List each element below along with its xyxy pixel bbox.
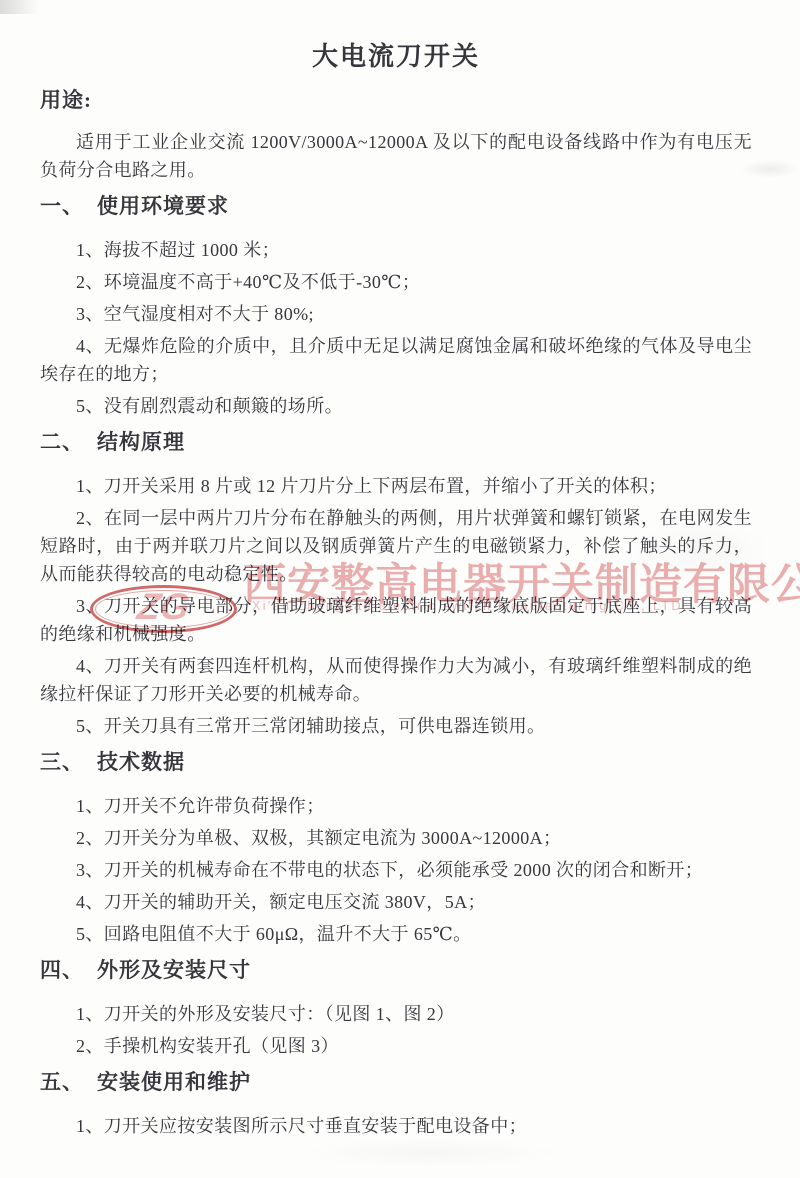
scanned-document: { "doc": { "title": "大电流刀开关", "sections"… <box>0 0 800 1178</box>
list-item: 1、刀开关的外形及安装尺寸：（见图 1、图 2） <box>40 1000 752 1028</box>
list-item: 4、刀开关的辅助开关，额定电压交流 380V，5A； <box>40 888 752 916</box>
list-item: 1、刀开关不允许带负荷操作； <box>40 792 752 820</box>
list-item: 5、开关刀具有三常开三常闭辅助接点，可供电器连锁用。 <box>40 712 752 740</box>
section-number: 五、 <box>40 1068 84 1096</box>
section-number: 一、 <box>40 192 84 220</box>
section-environment: 一、使用环境要求 1、海拔不超过 1000 米； 2、环境温度不高于+40℃及不… <box>40 192 752 420</box>
list-item: 1、海拔不超过 1000 米； <box>40 236 752 264</box>
section-heading: 用途: <box>40 86 752 114</box>
list-item: 3、刀开关的机械寿命在不带电的状态下，必须能承受 2000 次的闭合和断开； <box>40 856 752 884</box>
section-technical-data: 三、技术数据 1、刀开关不允许带负荷操作； 2、刀开关分为单极、双极，其额定电流… <box>40 748 752 948</box>
list-item: 2、刀开关分为单极、双极，其额定电流为 3000A~12000A； <box>40 824 752 852</box>
section-dimensions: 四、外形及安装尺寸 1、刀开关的外形及安装尺寸：（见图 1、图 2） 2、手操机… <box>40 956 752 1060</box>
document-page: 大电流刀开关 用途: 适用于工业企业交流 1200V/3000A~12000A … <box>0 0 800 1178</box>
section-number: 四、 <box>40 956 84 984</box>
section-structure: 二、结构原理 1、刀开关采用 8 片或 12 片刀片分上下两层布置，并缩小了开关… <box>40 428 752 740</box>
section-number: 二、 <box>40 428 84 456</box>
section-heading: 二、结构原理 <box>40 428 752 456</box>
section-installation: 五、安装使用和维护 1、刀开关应按安装图所示尺寸垂直安装于配电设备中； <box>40 1068 752 1140</box>
section-purpose: 用途: 适用于工业企业交流 1200V/3000A~12000A 及以下的配电设… <box>40 86 752 184</box>
section-number: 三、 <box>40 748 84 776</box>
section-heading: 三、技术数据 <box>40 748 752 776</box>
list-item: 2、手操机构安装开孔（见图 3） <box>40 1032 752 1060</box>
section-heading: 五、安装使用和维护 <box>40 1068 752 1096</box>
list-item: 1、刀开关采用 8 片或 12 片刀片分上下两层布置，并缩小了开关的体积； <box>40 472 752 500</box>
list-item: 3、刀开关的导电部分，借助玻璃纤维塑料制成的绝缘底版固定于底座上，具有较高的绝缘… <box>40 592 752 648</box>
list-item: 4、刀开关有两套四连杆机构，从而使得操作力大为减小，有玻璃纤维塑料制成的绝缘拉杆… <box>40 652 752 708</box>
section-title: 结构原理 <box>97 430 185 454</box>
list-item: 5、没有剧烈震动和颠簸的场所。 <box>40 392 752 420</box>
list-item: 1、刀开关应按安装图所示尺寸垂直安装于配电设备中； <box>40 1112 752 1140</box>
body-paragraph: 适用于工业企业交流 1200V/3000A~12000A 及以下的配电设备线路中… <box>40 128 752 184</box>
section-heading: 四、外形及安装尺寸 <box>40 956 752 984</box>
list-item: 2、在同一层中两片刀片分布在静触头的两侧，用片状弹簧和螺钉锁紧，在电网发生短路时… <box>40 504 752 588</box>
section-title: 用途: <box>40 88 92 112</box>
section-title: 安装使用和维护 <box>97 1070 251 1094</box>
section-heading: 一、使用环境要求 <box>40 192 752 220</box>
list-item: 2、环境温度不高于+40℃及不低于-30℃； <box>40 268 752 296</box>
list-item: 5、回路电阻值不大于 60μΩ，温升不大于 65℃。 <box>40 920 752 948</box>
page-title: 大电流刀开关 <box>40 40 752 74</box>
list-item: 4、无爆炸危险的介质中，且介质中无足以满足腐蚀金属和破坏绝缘的气体及导电尘埃存在… <box>40 332 752 388</box>
section-title: 技术数据 <box>97 750 185 774</box>
section-title: 使用环境要求 <box>97 194 229 218</box>
list-item: 3、空气湿度相对不大于 80%; <box>40 300 752 328</box>
section-title: 外形及安装尺寸 <box>97 958 251 982</box>
